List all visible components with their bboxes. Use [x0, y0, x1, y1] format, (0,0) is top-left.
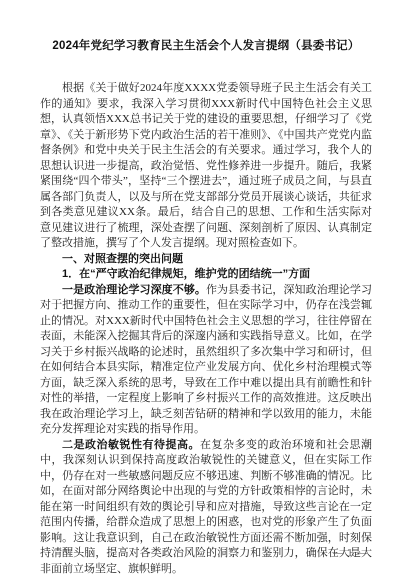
document-title: 2024年党纪学习教育民主生活会个人发言提纲（县委书记）	[40, 38, 372, 54]
page-number: — 1 —	[333, 548, 368, 560]
issue-2-lead: 二是政治敏锐性有待提高。	[62, 439, 200, 451]
issue-paragraph-1: 一是政治理论学习深度不够。作为县委书记，深知政治理论学习对于把握方向、推动工作的…	[40, 283, 372, 438]
issue-1-lead: 一是政治理论学习深度不够。	[62, 284, 206, 296]
document-page: 2024年党纪学习教育民主生活会个人发言提纲（县委书记） 根据《关于做好2024…	[0, 0, 410, 580]
intro-paragraph: 根据《关于做好2024年度XXXX党委领导班子民主生活会有关工作的通知》要求，我…	[40, 81, 372, 252]
issue-paragraph-2: 二是政治敏锐性有待提高。在复杂多变的政治环境和社会思潮中，我深刻认识到保持高度政…	[40, 438, 372, 578]
sub-heading-1: 1．在“严守政治纪律规矩，维护党的团结统一”方面	[40, 267, 372, 283]
issue-1-text: 作为县委书记，深知政治理论学习对于把握方向、推动工作的重要性，但在实际学习中，仍…	[40, 284, 372, 436]
section-heading-1: 一、对照查摆的突出问题	[40, 252, 372, 268]
issue-2-text: 在复杂多变的政治环境和社会思潮中，我深刻认识到保持高度政治敏锐性的关键意义，但在…	[40, 439, 372, 575]
